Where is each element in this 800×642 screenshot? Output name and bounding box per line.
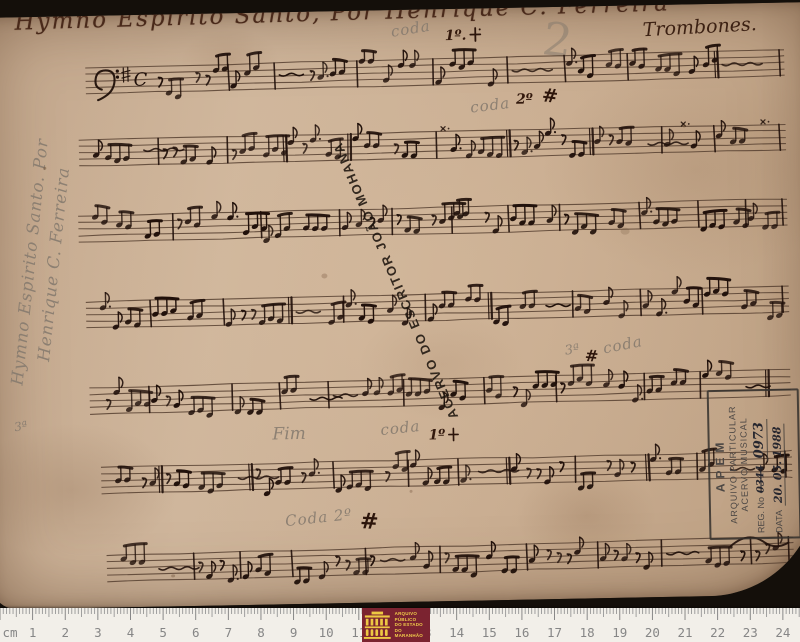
paper-speck <box>43 167 46 170</box>
third-ending-pencil: 3ª <box>564 342 581 359</box>
svg-text:14: 14 <box>449 625 464 640</box>
svg-text:8: 8 <box>257 625 265 640</box>
reg-label: REG. No <box>756 497 767 533</box>
svg-text:C: C <box>133 69 148 90</box>
instrument-label: Trombones. <box>642 13 757 41</box>
svg-text:16: 16 <box>514 625 529 640</box>
margin-title-pencil: Hymno Espirito Santo. Por Henrique C. Fe… <box>0 52 86 475</box>
svg-text:7: 7 <box>225 625 233 640</box>
archive-stamp-line3: ACERVO MUSICAL <box>738 395 751 533</box>
svg-text:5: 5 <box>159 625 167 640</box>
archive-logo: ARQUIVO PÚBLICO DO ESTADO DO MARANHÃO <box>362 608 430 642</box>
svg-text:6: 6 <box>192 625 200 640</box>
svg-text:2: 2 <box>61 625 69 640</box>
svg-text:19: 19 <box>612 625 627 640</box>
archive-stamp-acronym: APEM <box>712 396 729 534</box>
date-label: DATA <box>774 510 784 533</box>
svg-text:24: 24 <box>775 625 790 640</box>
reg-number-struck: 0344 <box>755 465 767 493</box>
paper-speck <box>171 574 175 577</box>
coda-cross-icon <box>468 26 481 46</box>
reg-number: 0973 <box>751 419 768 461</box>
svg-text:23: 23 <box>743 625 758 640</box>
svg-text:20: 20 <box>645 625 660 640</box>
date-value: 20. 05. 1988 <box>770 423 786 506</box>
paper-speck <box>410 490 413 493</box>
svg-text:10: 10 <box>319 625 334 640</box>
first-ending-top: 1º. <box>445 26 482 47</box>
photographed-manuscript: Hymno Espirito Santo, Por Henrique C. Fe… <box>0 0 800 642</box>
manuscript-paper: Hymno Espirito Santo, Por Henrique C. Fe… <box>0 2 800 610</box>
measuring-ruler: cm12345678910111213141516171819202122232… <box>0 608 800 642</box>
svg-text:4: 4 <box>127 625 135 640</box>
logo-line: DO MARANHÃO <box>395 628 430 639</box>
svg-text:18: 18 <box>580 625 595 640</box>
svg-text:21: 21 <box>677 625 692 640</box>
svg-text:1: 1 <box>29 625 37 640</box>
svg-text:3: 3 <box>94 625 102 640</box>
svg-text:9: 9 <box>290 625 298 640</box>
palace-building-icon <box>362 609 393 641</box>
svg-text:22: 22 <box>710 625 725 640</box>
paper-speck <box>683 124 686 127</box>
svg-text:cm: cm <box>2 625 17 640</box>
archive-stamp: APEM ARQUIVO PARTICULAR ACERVO MUSICAL R… <box>707 388 800 540</box>
svg-text:15: 15 <box>482 625 497 640</box>
paper-stain <box>321 273 327 278</box>
svg-text:17: 17 <box>547 625 562 640</box>
